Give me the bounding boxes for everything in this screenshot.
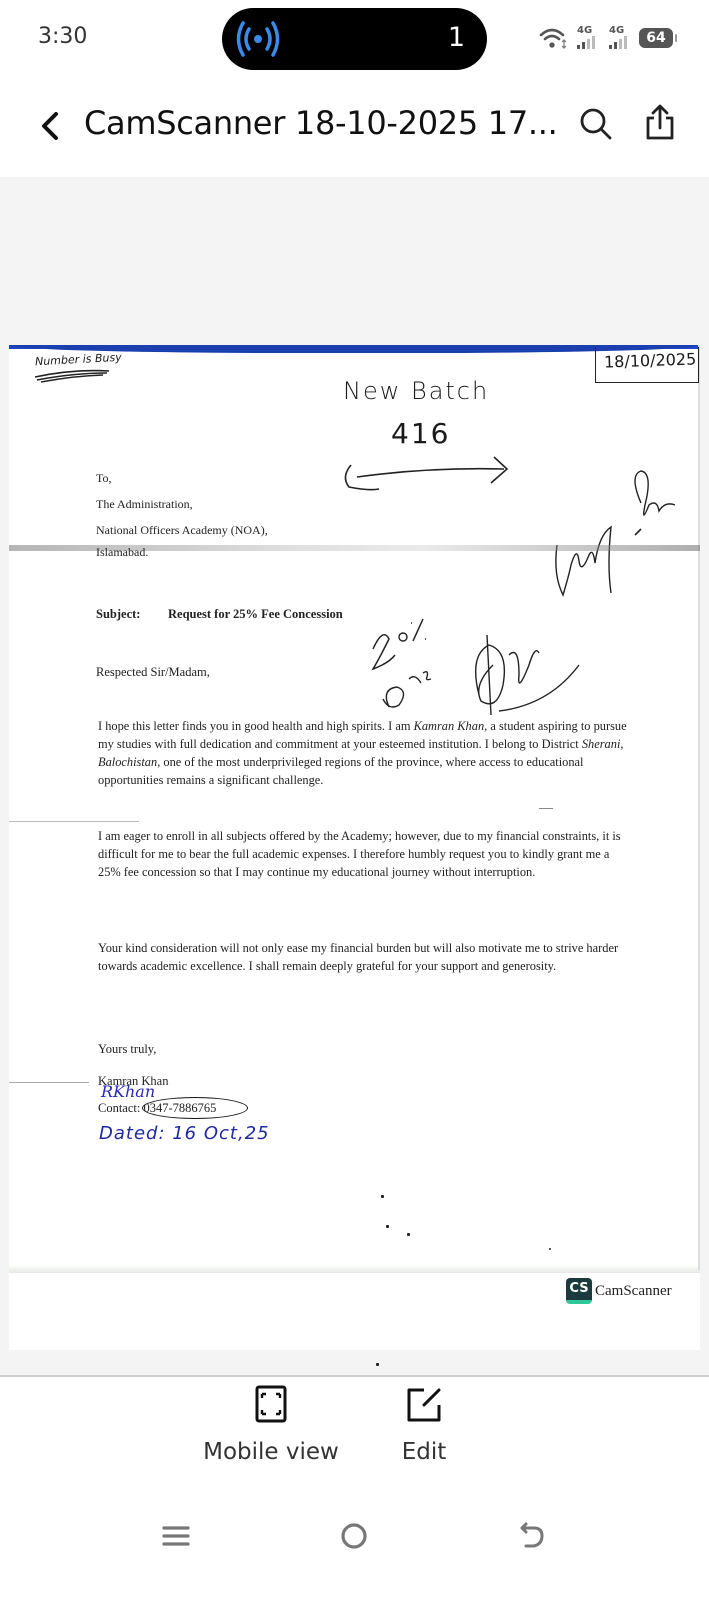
edit-icon — [404, 1385, 444, 1425]
recents-icon[interactable] — [156, 1514, 196, 1550]
scan-speck — [549, 1248, 551, 1250]
salutation: Respected Sir/Madam, — [96, 665, 210, 680]
handwritten-concession-note — [369, 615, 599, 725]
app-header: CamScanner 18-10-2025 17... — [0, 90, 709, 160]
handwritten-initials: RKhan — [101, 1082, 155, 1101]
camscanner-logo-icon: CS — [566, 1278, 592, 1304]
battery-icon: 64 — [639, 28, 673, 48]
paragraph-2: I am eager to enroll in all subjects off… — [98, 827, 628, 881]
scan-speck — [376, 1363, 379, 1366]
document-page[interactable]: Number is Busy 18/10/2025 New Batch 416 — [9, 345, 700, 1350]
address-to: To, — [96, 471, 112, 486]
subject-label: Subject: — [96, 607, 168, 622]
subject-line: Subject:Request for 25% Fee Concession — [96, 607, 343, 622]
address-line-2: National Officers Academy (NOA), — [96, 523, 268, 538]
chevron-left-icon[interactable] — [34, 106, 68, 146]
scan-speck — [381, 1195, 384, 1198]
bottom-action-bar: Mobile view Edit — [0, 1377, 709, 1500]
camscanner-watermark: CS CamScanner — [566, 1278, 672, 1304]
handwritten-signature-1 — [549, 465, 689, 605]
subject-text: Request for 25% Fee Concession — [168, 607, 343, 621]
address-line-3: Islamabad. — [96, 545, 148, 560]
closing: Yours truly, — [98, 1042, 156, 1057]
paragraph-1: I hope this letter finds you in good hea… — [98, 717, 628, 789]
status-bar: 3:30 1 4G 4G 64 — [0, 0, 709, 80]
mobile-view-button[interactable]: Mobile view — [196, 1385, 346, 1465]
handwritten-date-box: 18/10/2025 — [595, 347, 699, 383]
back-icon[interactable] — [512, 1514, 552, 1550]
status-icons: 4G 4G 64 — [539, 24, 673, 52]
page-bottom-edge — [9, 1265, 700, 1273]
scan-speck — [386, 1225, 389, 1228]
search-icon[interactable] — [578, 106, 614, 142]
scan-line — [9, 1082, 89, 1083]
contact-circle-annotation — [142, 1097, 248, 1119]
mobile-view-icon — [251, 1385, 291, 1425]
document-viewer[interactable]: Number is Busy 18/10/2025 New Batch 416 — [0, 177, 709, 1375]
scribble-underline — [33, 367, 113, 383]
dynamic-island[interactable]: 1 — [222, 8, 487, 70]
island-count: 1 — [448, 22, 465, 53]
handwritten-batch-number: 416 — [391, 417, 450, 450]
address-line-1: The Administration, — [96, 497, 193, 512]
edit-button[interactable]: Edit — [395, 1385, 453, 1465]
paragraph-3: Your kind consideration will not only ea… — [98, 939, 628, 975]
share-icon[interactable] — [643, 102, 677, 142]
scan-speck — [407, 1233, 410, 1236]
signal-1-icon: 4G — [575, 25, 599, 51]
camscanner-text: CamScanner — [595, 1283, 672, 1300]
status-time: 3:30 — [38, 24, 87, 49]
wifi-icon — [539, 26, 567, 50]
signal-2-icon: 4G — [607, 25, 631, 51]
handwritten-note-busy: Number is Busy — [35, 351, 122, 369]
double-arrow-icon — [339, 453, 519, 495]
scan-line — [9, 821, 139, 822]
scan-line — [539, 808, 553, 809]
home-icon[interactable] — [334, 1514, 374, 1550]
handwritten-batch-note: New Batch — [343, 377, 489, 405]
system-nav-bar — [0, 1500, 709, 1600]
page-right-edge — [698, 345, 700, 1270]
handwritten-dated: Dated: 16 Oct,25 — [99, 1123, 270, 1144]
broadcast-icon — [234, 18, 282, 60]
document-title: CamScanner 18-10-2025 17... — [84, 104, 558, 142]
